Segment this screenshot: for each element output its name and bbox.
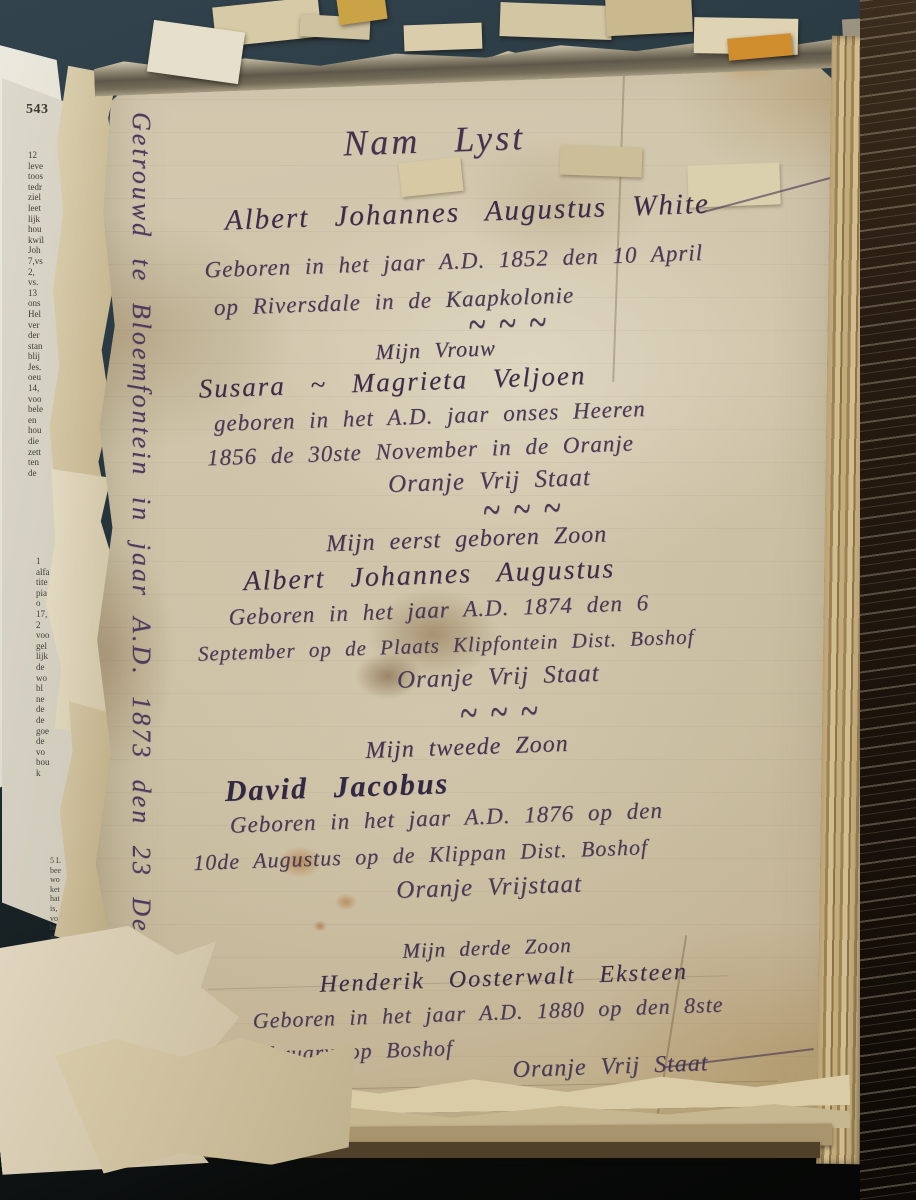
tape-piece xyxy=(404,23,483,52)
printed-text-column-mid: 1 alfa tite pia o 17, 2 voo gel lijk de … xyxy=(36,556,50,778)
entry-son1-birth2: September op de Plaats Klipfontein Dist.… xyxy=(197,624,694,666)
margin-marriage-note: Getrouwd te Bloemfontein in jaar A.D. 18… xyxy=(126,112,156,984)
manuscript-page: Nam Lyst Albert Johannes Augustus White … xyxy=(88,34,852,1156)
pen-flourish xyxy=(700,176,836,214)
entry-wife-heading: Mijn Vrouw xyxy=(375,335,496,365)
entry-head-birth: Geboren in het jaar A.D. 1852 den 10 Apr… xyxy=(204,240,703,283)
entry-son2-heading: Mijn tweede Zoon xyxy=(365,731,569,765)
book-spine-edge xyxy=(860,0,916,1200)
photo-of-family-register: 543 12 leve toos tedr ziel leet lijk hou… xyxy=(0,0,916,1200)
printed-text-column-top: 12 leve toos tedr ziel leet lijk hou kwi… xyxy=(28,150,44,478)
tape-piece xyxy=(605,0,693,36)
tape-piece xyxy=(336,0,387,25)
entry-son2-state: Oranje Vrijstaat xyxy=(396,871,583,905)
entry-wife-birth1: geboren in het A.D. jaar onses Heeren xyxy=(213,396,646,437)
entry-son2-name: David Jacobus xyxy=(224,767,450,809)
entry-son3-name: Henderik Oosterwalt Eksteen xyxy=(319,959,688,999)
entry-head-name: Albert Johannes Augustus White xyxy=(224,188,710,238)
printed-page-number: 543 xyxy=(26,102,49,118)
entry-son1-name: Albert Johannes Augustus xyxy=(243,553,616,598)
register-title: Nam Lyst xyxy=(72,107,797,174)
entry-wife-name: Susara ~ Magrieta Veljoen xyxy=(198,360,587,405)
entry-son3-heading: Mijn derde Zoon xyxy=(402,933,572,964)
tape-piece xyxy=(499,2,612,40)
